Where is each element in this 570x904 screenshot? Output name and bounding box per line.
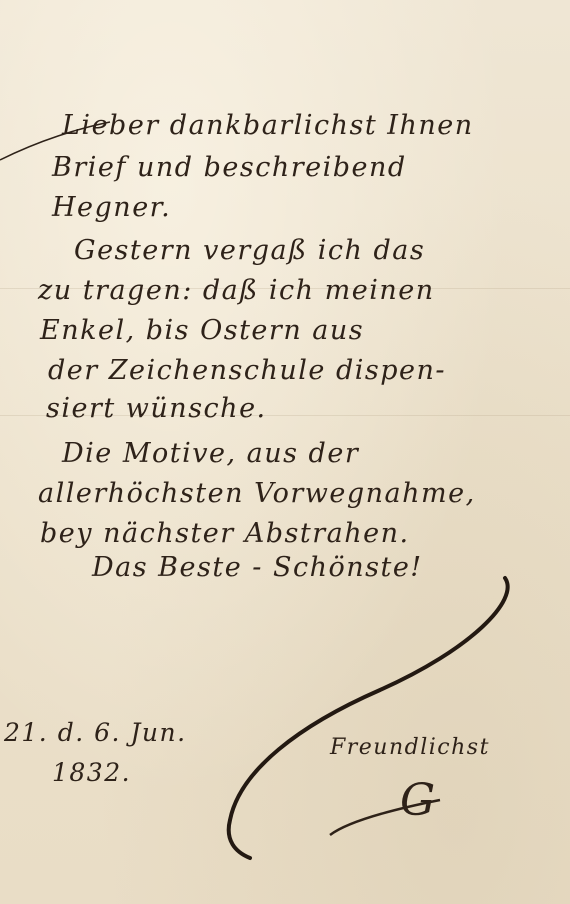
signature-flourish [0, 0, 570, 904]
letter-page: Lieber dankbarlichst Ihnen Brief und bes… [0, 0, 570, 904]
